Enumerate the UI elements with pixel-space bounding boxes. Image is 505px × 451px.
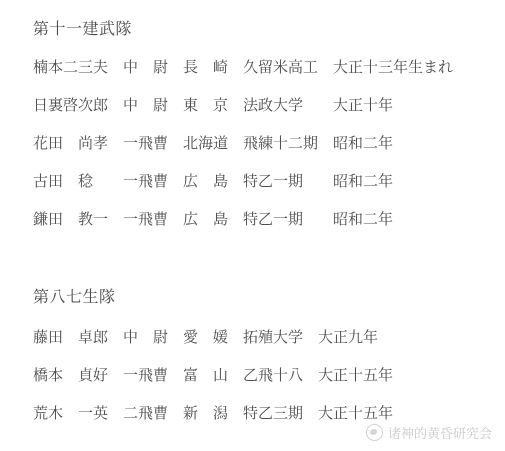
member-origin: 広 島 [183,162,228,200]
member-school: 久留米高工 [243,48,318,86]
watermark-logo-icon [366,424,383,441]
member-era: 大正十五年 [318,356,393,394]
member-name: 橋本 貞好 [33,356,108,394]
member-rank: 中 尉 [123,318,168,356]
watermark: 诸神的黄昏研究会 [366,423,492,442]
document-page: 第十一建武隊 楠本二三夫 中 尉 長 崎 久留米高工 大正十三年生まれ 日裏啓次… [0,0,505,451]
member-name: 荒木 一英 [33,394,108,432]
member-rank: 中 尉 [123,86,168,124]
member-name: 日裏啓次郎 [33,86,108,124]
member-school: 特乙一期 [243,162,303,200]
member-name: 楠本二三夫 [33,48,108,86]
member-name: 鎌田 教一 [33,200,108,238]
member-row: 楠本二三夫 中 尉 長 崎 久留米高工 大正十三年生まれ [33,48,132,86]
member-rank: 二飛曹 [123,394,168,432]
roster-content: 第十一建武隊 楠本二三夫 中 尉 長 崎 久留米高工 大正十三年生まれ 日裏啓次… [33,10,132,432]
member-rank: 一飛曹 [123,356,168,394]
member-origin: 長 崎 [183,48,228,86]
section-title: 第八七生隊 [33,276,132,318]
member-era: 昭和二年 [333,162,393,200]
member-era: 大正十三年生まれ [333,48,453,86]
member-origin: 広 島 [183,200,228,238]
member-rank: 中 尉 [123,48,168,86]
member-name: 古田 稔 [33,162,93,200]
member-name: 花田 尚孝 [33,124,108,162]
member-era: 大正十年 [333,86,393,124]
member-era: 大正九年 [318,318,378,356]
member-origin: 新 潟 [183,394,228,432]
member-origin: 愛 媛 [183,318,228,356]
member-origin: 東 京 [183,86,228,124]
squadron-section-kenbu-11: 第十一建武隊 楠本二三夫 中 尉 長 崎 久留米高工 大正十三年生まれ 日裏啓次… [33,10,132,238]
member-rank: 一飛曹 [123,200,168,238]
member-era: 昭和二年 [333,200,393,238]
member-origin: 富 山 [183,356,228,394]
member-row: 藤田 卓郎 中 尉 愛 媛 拓殖大学 大正九年 [33,318,132,356]
member-school: 飛練十二期 [243,124,318,162]
member-origin: 北海道 [183,124,228,162]
squadron-section-nanasei-87: 第八七生隊 藤田 卓郎 中 尉 愛 媛 拓殖大学 大正九年 橋本 貞好 一飛曹 … [33,276,132,432]
section-title: 第十一建武隊 [33,10,132,48]
member-row: 橋本 貞好 一飛曹 富 山 乙飛十八 大正十五年 [33,356,132,394]
member-school: 乙飛十八 [243,356,303,394]
member-row: 荒木 一英 二飛曹 新 潟 特乙三期 大正十五年 [33,394,132,432]
member-row: 日裏啓次郎 中 尉 東 京 法政大学 大正十年 [33,86,132,124]
member-school: 特乙三期 [243,394,303,432]
member-school: 拓殖大学 [243,318,303,356]
member-school: 法政大学 [243,86,303,124]
member-row: 鎌田 教一 一飛曹 広 島 特乙一期 昭和二年 [33,200,132,238]
member-name: 藤田 卓郎 [33,318,108,356]
member-rank: 一飛曹 [123,124,168,162]
member-school: 特乙一期 [243,200,303,238]
member-row: 古田 稔 一飛曹 広 島 特乙一期 昭和二年 [33,162,132,200]
watermark-text: 诸神的黄昏研究会 [388,423,492,442]
member-rank: 一飛曹 [123,162,168,200]
member-row: 花田 尚孝 一飛曹 北海道 飛練十二期 昭和二年 [33,124,132,162]
member-era: 昭和二年 [333,124,393,162]
